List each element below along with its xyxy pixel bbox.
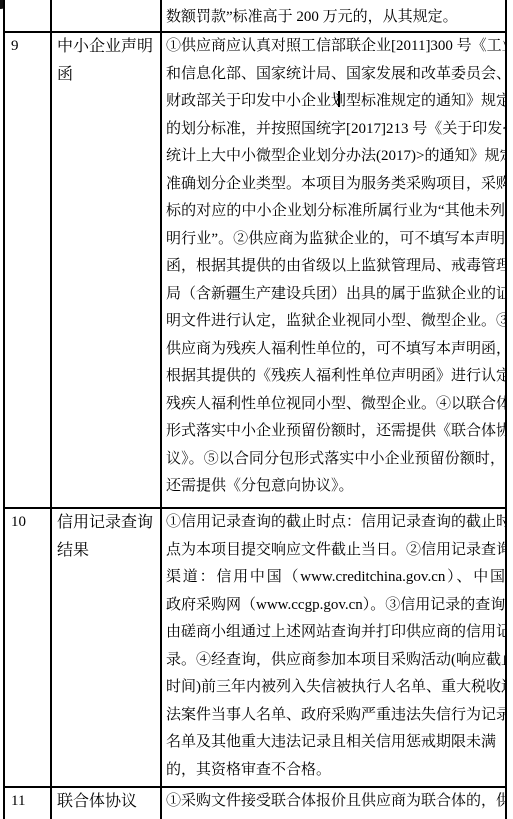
text-line: 名单及其他重大违法记录且相关信用惩戒期限未满 (166, 729, 505, 757)
text-line: 统计上大中小微型企业划分办法(2017)>的通知》规定 (166, 143, 505, 171)
text-line: 点为本项目提交响应文件截止当日。②信用记录查询 (166, 537, 505, 565)
text-line: 由磋商小组通过上述网站查询并打印供应商的信用记 (166, 619, 505, 647)
text-line: 信用记录查询 (57, 509, 160, 537)
text-line: 明文件进行认定，监狱企业视同小型、微型企业。③ (166, 308, 505, 336)
item-description-cell: ①供应商应认真对照工信部联企业[2011]300 号《工业和信息化部、国家统计局… (162, 33, 505, 507)
text-line: 准确划分企业类型。本项目为服务类采购项目，采购 (166, 171, 505, 199)
text-line: 函 (57, 61, 160, 89)
item-description-cell: ①信用记录查询的截止时点：信用记录查询的截止时点为本项目提交响应文件截止当日。②… (162, 509, 505, 786)
text-line: 结果 (57, 537, 160, 565)
text-line: 明行业”。②供应商为监狱企业的，可不填写本声明 (166, 226, 505, 254)
item-name-cell: 联合体协议（若 (52, 788, 162, 819)
text-line: 的，其资格审查不合格。 (166, 757, 505, 785)
item-name-cell: 中小企业声明函 (52, 33, 162, 507)
text-line: 中小企业声明 (57, 33, 160, 61)
text-line: 残疾人福利性单位视同小型、微型企业。④以联合体 (166, 391, 505, 419)
row-number-cell: 10 (5, 509, 52, 786)
table-row: 11 联合体协议（若 ①采购文件接受联合体报价且供应商为联合体的，供 (5, 788, 505, 819)
text-line: 法案件当事人名单、政府采购严重违法失信行为记录 (166, 702, 505, 730)
item-description-cell: 数额罚款”标准高于 200 万元的，从其规定。 (162, 0, 505, 31)
row-number-cell: 9 (5, 33, 52, 507)
text-line: 局（含新疆生产建设兵团）出具的属于监狱企业的证 (166, 281, 505, 309)
text-line: ①供应商应认真对照工信部联企业[2011]300 号《工业 (166, 33, 505, 61)
text-line: 财政部关于印发中小企业划型标准规定的通知》规定 (166, 88, 505, 116)
text-line: 还需提供《分包意向协议》。 (166, 473, 505, 501)
text-line: ①信用记录查询的截止时点：信用记录查询的截止时 (166, 509, 505, 537)
text-line: 数额罚款”标准高于 200 万元的，从其规定。 (166, 4, 505, 32)
text-line: 函，根据其提供的由省级以上监狱管理局、戒毒管理 (166, 253, 505, 281)
text-line: 联合体协议（若 (57, 788, 160, 816)
text-line: ①采购文件接受联合体报价且供应商为联合体的，供 (166, 788, 505, 816)
text-line: 时间)前三年内被列入失信被执行人名单、重大税收违 (166, 674, 505, 702)
text-line: 的划分标准，并按照国统字[2017]213 号《关于印发< (166, 116, 505, 144)
text-line: 根据其提供的《残疾人福利性单位声明函》进行认定， (166, 363, 505, 391)
text-line: 和信息化部、国家统计局、国家发展和改革委员会、 (166, 61, 505, 89)
item-name-cell: 信用记录查询结果 (52, 509, 162, 786)
table-row: 9 中小企业声明函 ①供应商应认真对照工信部联企业[2011]300 号《工业和… (5, 33, 505, 509)
item-name-cell (52, 0, 162, 31)
row-number-cell (5, 0, 52, 31)
text-line: 议》。⑤以合同分包形式落实中小企业预留份额时， (166, 446, 505, 474)
item-description-cell: ①采购文件接受联合体报价且供应商为联合体的，供 (162, 788, 505, 819)
text-line: 录。④经查询，供应商参加本项目采购活动(响应截止 (166, 647, 505, 675)
row-number-cell: 11 (5, 788, 52, 819)
table-row: 10 信用记录查询结果 ①信用记录查询的截止时点：信用记录查询的截止时点为本项目… (5, 509, 505, 788)
text-line: 供应商为残疾人福利性单位的，可不填写本声明函， (166, 336, 505, 364)
text-line: 形式落实中小企业预留份额时，还需提供《联合体协 (166, 418, 505, 446)
table-row: 数额罚款”标准高于 200 万元的，从其规定。 (5, 0, 505, 33)
requirements-table: 数额罚款”标准高于 200 万元的，从其规定。 9 中小企业声明函 ①供应商应认… (3, 0, 507, 819)
text-caret (338, 91, 340, 107)
document-page: 数额罚款”标准高于 200 万元的，从其规定。 9 中小企业声明函 ①供应商应认… (0, 0, 513, 819)
text-line: 政府采购网（www.ccgp.gov.cn）。③信用记录的查询： (166, 592, 505, 620)
text-line: 标的对应的中小企业划分标准所属行业为“其他未列 (166, 198, 505, 226)
text-line: 渠道：信用中国（www.creditchina.gov.cn）、中国 (166, 564, 505, 592)
